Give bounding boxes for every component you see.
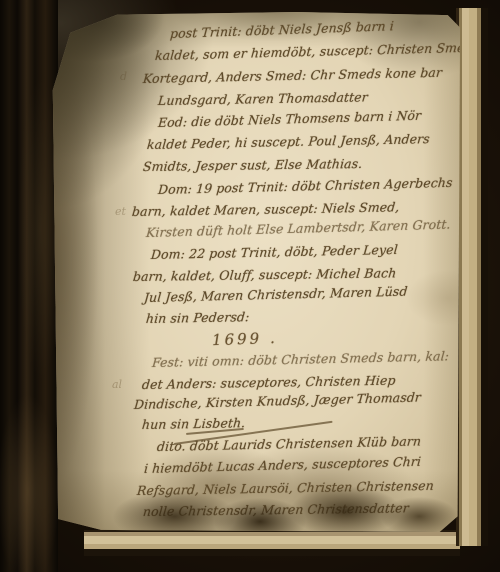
book-spine-edge [0,0,58,572]
margin-fragment: al [112,378,122,391]
margin-fragment: d [120,70,127,83]
handwriting-line: Kortegard, Anders Smed: Chr Smeds kone b… [142,67,442,86]
book-fore-edge-pages [456,8,488,546]
handwriting-line: barn, kaldet, Oluff, suscept: Michel Bac… [132,267,396,283]
book-bottom-page-edges [84,530,460,556]
handwriting-line: Fest: viti omn: döbt Christen Smeds barn… [151,350,449,369]
manuscript-page: post Trinit: döbt Niels Jensß barn i kal… [52,12,460,532]
handwriting-line: i hiemdöbt Lucas Anders, susceptores Chr… [144,456,422,476]
handwriting-line: Eod: die döbt Niels Thomsens barn i Nör [158,110,422,130]
year-heading: 1699 . [212,329,278,349]
handwriting-line: post Trinit: döbt Niels Jensß barn i [170,20,395,40]
handwriting-line: Refsgard, Niels Laursöi, Christen Christ… [136,480,434,498]
handwriting-line: Jul Jesß, Maren Christensdr, Maren Lüsd [143,286,407,305]
handwriting-line: hin sin Pedersd: [145,311,249,325]
handwriting-line: Dindische, Kirsten Knudsß, Jæger Thomasd… [134,391,422,411]
margin-fragment: et [115,205,126,218]
handwriting-line: Smidts, Jesper sust, Else Mathias. [142,158,362,174]
handwriting-line: kaldet, som er hiemdöbt, suscept: Christ… [155,42,478,63]
handwriting-line: Kirsten düft holt Else Lambertsdr, Karen… [146,218,452,239]
handwriting-line: Dom: 22 post Trinit, döbt, Peder Leyel [150,244,398,262]
handwriting-line: dito. döbt Laurids Christensen Klüb barn [156,435,421,453]
handwritten-text-block: post Trinit: döbt Niels Jensß barn i kal… [52,12,460,532]
handwriting-line: nolle Christensdr, Maren Christensdatter [142,502,409,518]
handwriting-line: barn, kaldet Maren, suscept: Niels Smed, [131,201,400,218]
handwriting-line: Dom: 19 post Trinit: döbt Christen Agerb… [157,177,453,197]
handwriting-line: det Anders: susceptores, Christen Hiep [141,375,396,392]
photo-of-register-page: post Trinit: döbt Niels Jensß barn i kal… [0,0,500,572]
handwriting-line: Lundsgard, Karen Thomasdatter [157,91,368,107]
handwriting-line: kaldet Peder, hi suscept. Poul Jensß, An… [146,133,430,151]
